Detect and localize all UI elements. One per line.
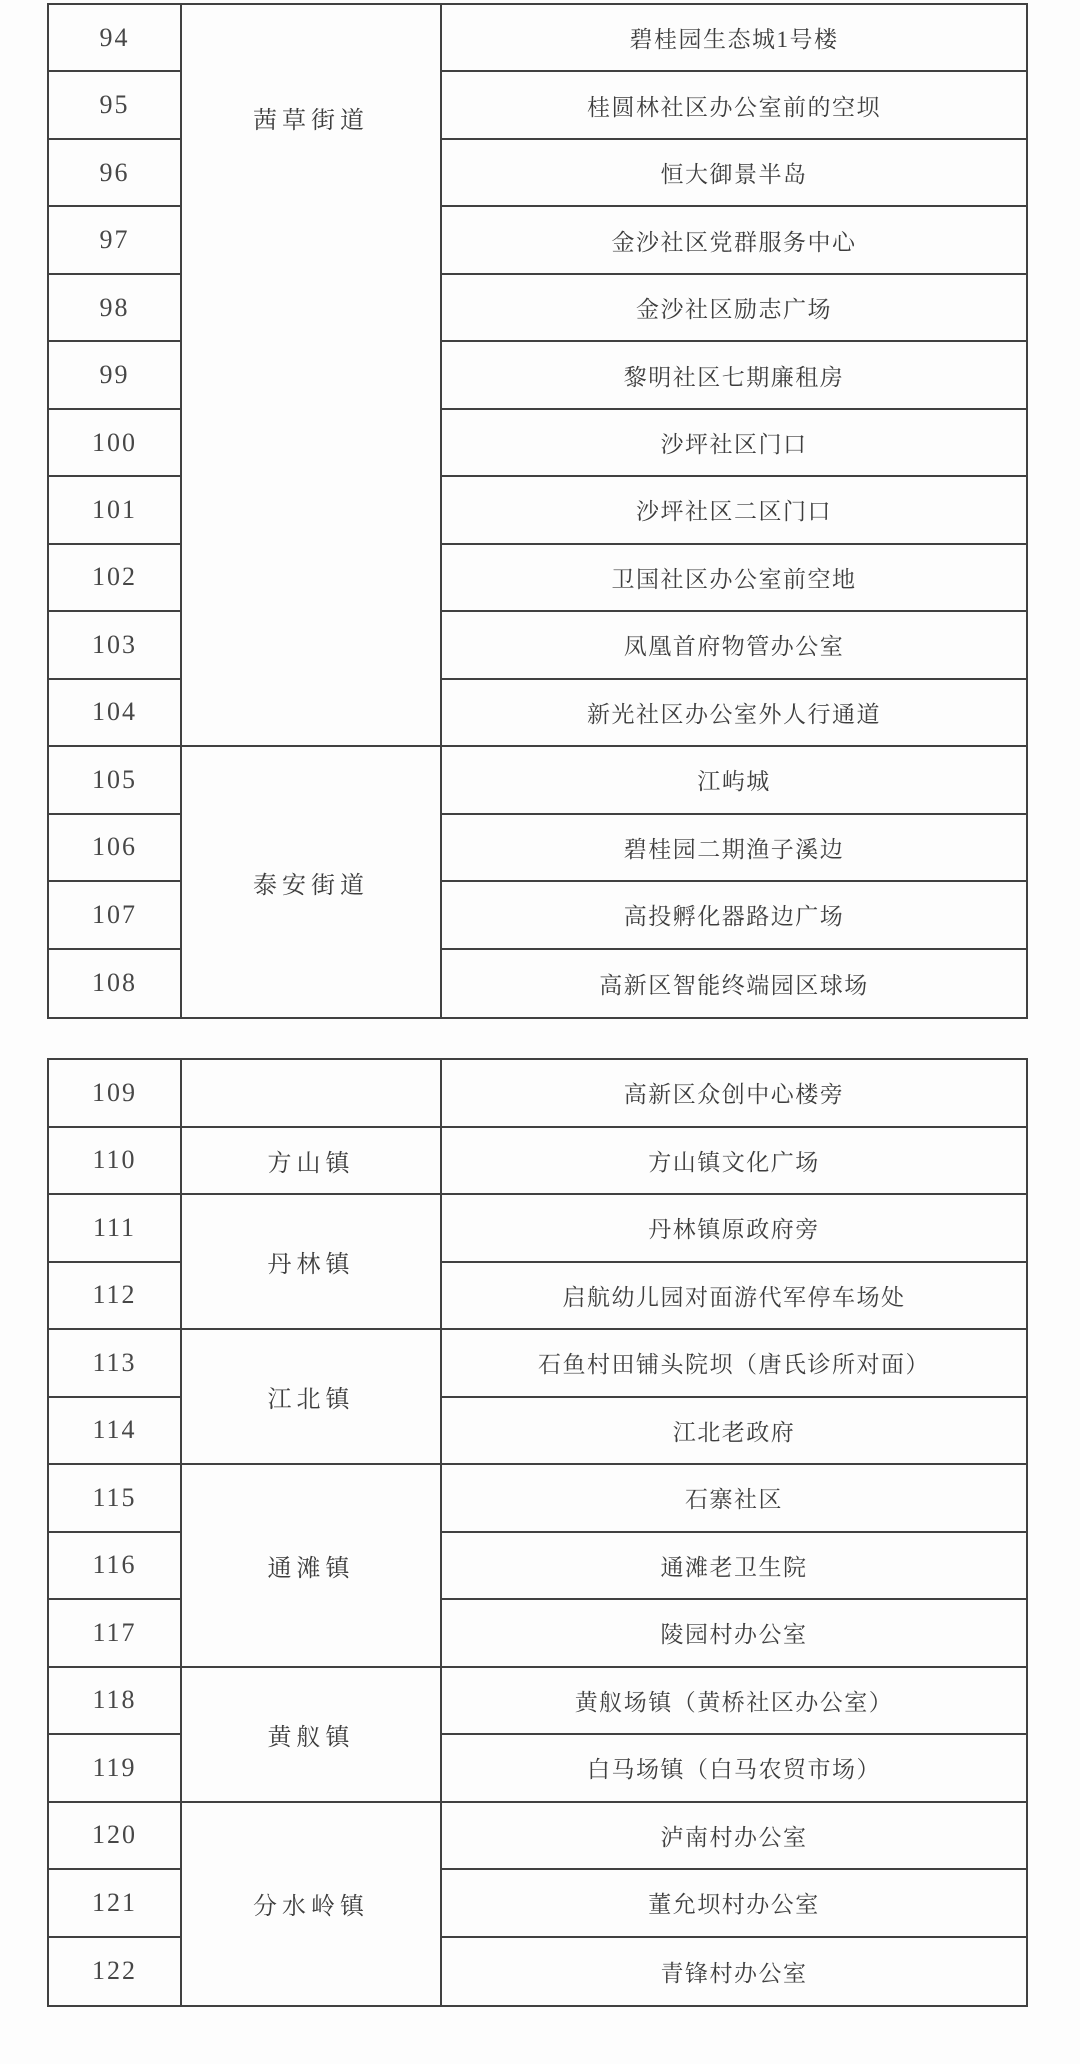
district-cell-fangshan: 方山镇: [182, 1128, 442, 1196]
row-number: 96: [49, 140, 182, 207]
district-cell-jiangbei: 江北镇: [182, 1330, 442, 1465]
document-table-2: 109 110 111 112 113 114 115 116 117 118 …: [47, 1058, 1028, 2007]
location-cell: 方山镇文化广场: [442, 1128, 1026, 1196]
location-cell: 高新区智能终端园区球场: [442, 950, 1026, 1017]
district-cell-danlin: 丹林镇: [182, 1195, 442, 1330]
location-cell: 石鱼村田铺头院坝（唐氏诊所对面）: [442, 1330, 1026, 1398]
location-cell: 金沙社区励志广场: [442, 275, 1026, 342]
location-cell: 董允坝村办公室: [442, 1870, 1026, 1938]
location-cell: 恒大御景半岛: [442, 140, 1026, 207]
row-number: 97: [49, 207, 182, 274]
row-number: 120: [49, 1803, 182, 1871]
row-number: 111: [49, 1195, 182, 1263]
district-cell-tongtan: 通滩镇: [182, 1465, 442, 1668]
location-cell: 新光社区办公室外人行通道: [442, 680, 1026, 747]
location-cell: 碧桂园二期渔子溪边: [442, 815, 1026, 882]
location-cell: 黄舣场镇（黄桥社区办公室）: [442, 1668, 1026, 1736]
row-number: 102: [49, 545, 182, 612]
location-cell: 高投孵化器路边广场: [442, 882, 1026, 949]
row-number: 112: [49, 1263, 182, 1331]
row-number: 113: [49, 1330, 182, 1398]
row-number: 109: [49, 1060, 182, 1128]
row-number: 118: [49, 1668, 182, 1736]
row-number: 100: [49, 410, 182, 477]
location-cell: 陵园村办公室: [442, 1600, 1026, 1668]
district-cell-empty: [182, 1060, 442, 1128]
location-cell: 青锋村办公室: [442, 1938, 1026, 2006]
location-cell: 卫国社区办公室前空地: [442, 545, 1026, 612]
location-cell: 碧桂园生态城1号楼: [442, 5, 1026, 72]
scanned-document-page: 94 95 96 97 98 99 100 101 102 103 104 10…: [0, 0, 1080, 2064]
location-cell: 白马场镇（白马农贸市场）: [442, 1735, 1026, 1803]
location-cell: 桂圆林社区办公室前的空坝: [442, 72, 1026, 139]
row-number: 115: [49, 1465, 182, 1533]
row-number: 94: [49, 5, 182, 72]
row-number: 95: [49, 72, 182, 139]
row-number: 110: [49, 1128, 182, 1196]
location-cell: 黎明社区七期廉租房: [442, 342, 1026, 409]
row-number: 121: [49, 1870, 182, 1938]
district-cell-fenshuiling: 分水岭镇: [182, 1803, 442, 2006]
row-number: 116: [49, 1533, 182, 1601]
location-cell: 启航幼儿园对面游代军停车场处: [442, 1263, 1026, 1331]
row-number: 119: [49, 1735, 182, 1803]
district-cell-huangyi: 黄舣镇: [182, 1668, 442, 1803]
document-table-1: 94 95 96 97 98 99 100 101 102 103 104 10…: [47, 3, 1028, 1019]
location-cell: 高新区众创中心楼旁: [442, 1060, 1026, 1128]
location-cell: 石寨社区: [442, 1465, 1026, 1533]
district-cell-taian: 泰安街道: [182, 747, 442, 1017]
row-number: 122: [49, 1938, 182, 2006]
location-cell: 金沙社区党群服务中心: [442, 207, 1026, 274]
row-number: 99: [49, 342, 182, 409]
row-number: 101: [49, 477, 182, 544]
location-cell: 泸南村办公室: [442, 1803, 1026, 1871]
location-cell: 沙坪社区二区门口: [442, 477, 1026, 544]
row-number: 117: [49, 1600, 182, 1668]
row-number: 103: [49, 612, 182, 679]
row-number: 108: [49, 950, 182, 1017]
location-cell: 通滩老卫生院: [442, 1533, 1026, 1601]
district-cell-qiancao: 茜草街道: [182, 5, 442, 747]
row-number: 107: [49, 882, 182, 949]
location-cell: 江北老政府: [442, 1398, 1026, 1466]
row-number: 106: [49, 815, 182, 882]
row-number: 114: [49, 1398, 182, 1466]
location-cell: 沙坪社区门口: [442, 410, 1026, 477]
row-number: 104: [49, 680, 182, 747]
location-cell: 江屿城: [442, 747, 1026, 814]
location-cell: 凤凰首府物管办公室: [442, 612, 1026, 679]
row-number: 105: [49, 747, 182, 814]
location-cell: 丹林镇原政府旁: [442, 1195, 1026, 1263]
row-number: 98: [49, 275, 182, 342]
